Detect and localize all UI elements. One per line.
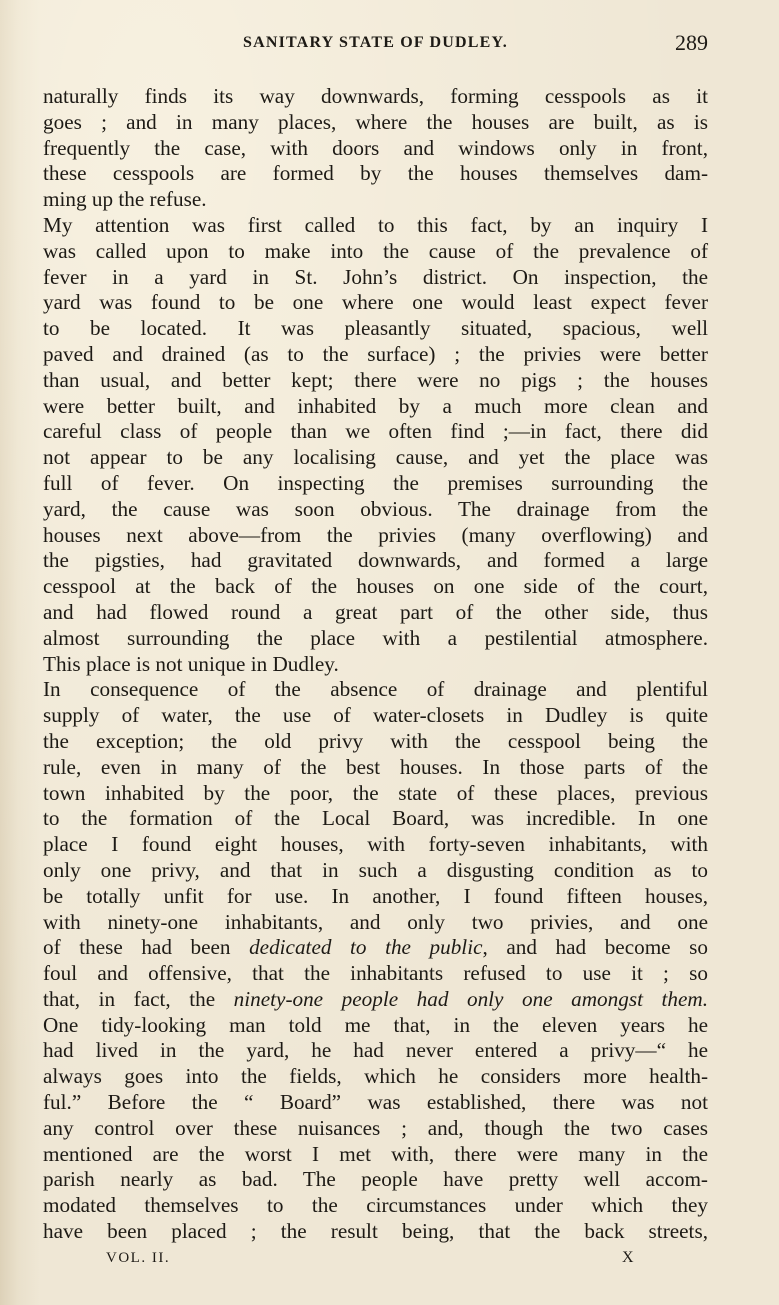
text-line: ful.” Before the “ Board” was establishe…	[43, 1090, 708, 1116]
text-line: have been placed ; the result being, tha…	[43, 1219, 708, 1245]
text-line: these cesspools are formed by the houses…	[43, 161, 708, 187]
text-line: the pigsties, had gravitated downwards, …	[43, 548, 708, 574]
text-line: careful class of people than we often fi…	[43, 419, 708, 445]
text-line: of these had been dedicated to the publi…	[43, 935, 708, 961]
page-header: SANITARY STATE OF DUDLEY. 289	[43, 30, 708, 56]
text-line: My attention was first called to this fa…	[43, 213, 708, 239]
text-line: fever in a yard in St. John’s district. …	[43, 265, 708, 291]
sheet-signature-mark: X	[622, 1249, 634, 1267]
text-line: supply of water, the use of water-closet…	[43, 703, 708, 729]
text-line: ming up the refuse.	[43, 187, 708, 213]
text-line: full of fever. On inspecting the premise…	[43, 471, 708, 497]
text-line: town inhabited by the poor, the state of…	[43, 781, 708, 807]
text-line: frequently the case, with doors and wind…	[43, 136, 708, 162]
text-line: than usual, and better kept; there were …	[43, 368, 708, 394]
text-line: naturally finds its way downwards, formi…	[43, 84, 708, 110]
book-page: SANITARY STATE OF DUDLEY. 289 naturally …	[0, 0, 779, 1305]
text-line: was called upon to make into the cause o…	[43, 239, 708, 265]
page-footer: VOL. II. X	[43, 1250, 708, 1274]
text-line: place I found eight houses, with forty-s…	[43, 832, 708, 858]
text-line: any control over these nuisances ; and, …	[43, 1116, 708, 1142]
text-line: the exception; the old privy with the ce…	[43, 729, 708, 755]
text-line: goes ; and in many places, where the hou…	[43, 110, 708, 136]
running-title: SANITARY STATE OF DUDLEY.	[43, 34, 708, 52]
page-number: 289	[675, 30, 708, 56]
text-segment: , and had become so	[483, 935, 709, 959]
text-line: In consequence of the absence of drainag…	[43, 677, 708, 703]
text-line: that, in fact, the ninety-one people had…	[43, 987, 708, 1013]
text-line: only one privy, and that in such a disgu…	[43, 858, 708, 884]
italic-emphasis: dedicated to the public	[249, 935, 482, 959]
text-line: paved and drained (as to the surface) ; …	[43, 342, 708, 368]
text-segment: of these had been	[43, 935, 249, 959]
text-line: not appear to be any localising cause, a…	[43, 445, 708, 471]
volume-signature: VOL. II.	[106, 1250, 170, 1267]
text-line: yard was found to be one where one would…	[43, 290, 708, 316]
text-line: parish nearly as bad. The people have pr…	[43, 1167, 708, 1193]
text-line: One tidy-looking man told me that, in th…	[43, 1013, 708, 1039]
text-line: modated themselves to the circumstances …	[43, 1193, 708, 1219]
text-line: mentioned are the worst I met with, ther…	[43, 1142, 708, 1168]
body-text: naturally finds its way downwards, formi…	[43, 84, 708, 1245]
text-segment: that, in fact, the	[43, 987, 234, 1011]
text-line: were better built, and inhabited by a mu…	[43, 394, 708, 420]
text-line: to be located. It was pleasantly situate…	[43, 316, 708, 342]
text-line: with ninety-one inhabitants, and only tw…	[43, 910, 708, 936]
text-line: yard, the cause was soon obvious. The dr…	[43, 497, 708, 523]
text-line: This place is not unique in Dudley.	[43, 652, 708, 678]
text-line: always goes into the fields, which he co…	[43, 1064, 708, 1090]
text-line: cesspool at the back of the houses on on…	[43, 574, 708, 600]
text-line: to the formation of the Local Board, was…	[43, 806, 708, 832]
text-line: be totally unfit for use. In another, I …	[43, 884, 708, 910]
text-line: and had flowed round a great part of the…	[43, 600, 708, 626]
text-line: almost surrounding the place with a pest…	[43, 626, 708, 652]
text-line: rule, even in many of the best houses. I…	[43, 755, 708, 781]
text-line: foul and offensive, that the inhabitants…	[43, 961, 708, 987]
text-line: had lived in the yard, he had never ente…	[43, 1038, 708, 1064]
italic-emphasis: ninety-one people had only one amongst t…	[234, 987, 708, 1011]
text-line: houses next above—from the privies (many…	[43, 523, 708, 549]
